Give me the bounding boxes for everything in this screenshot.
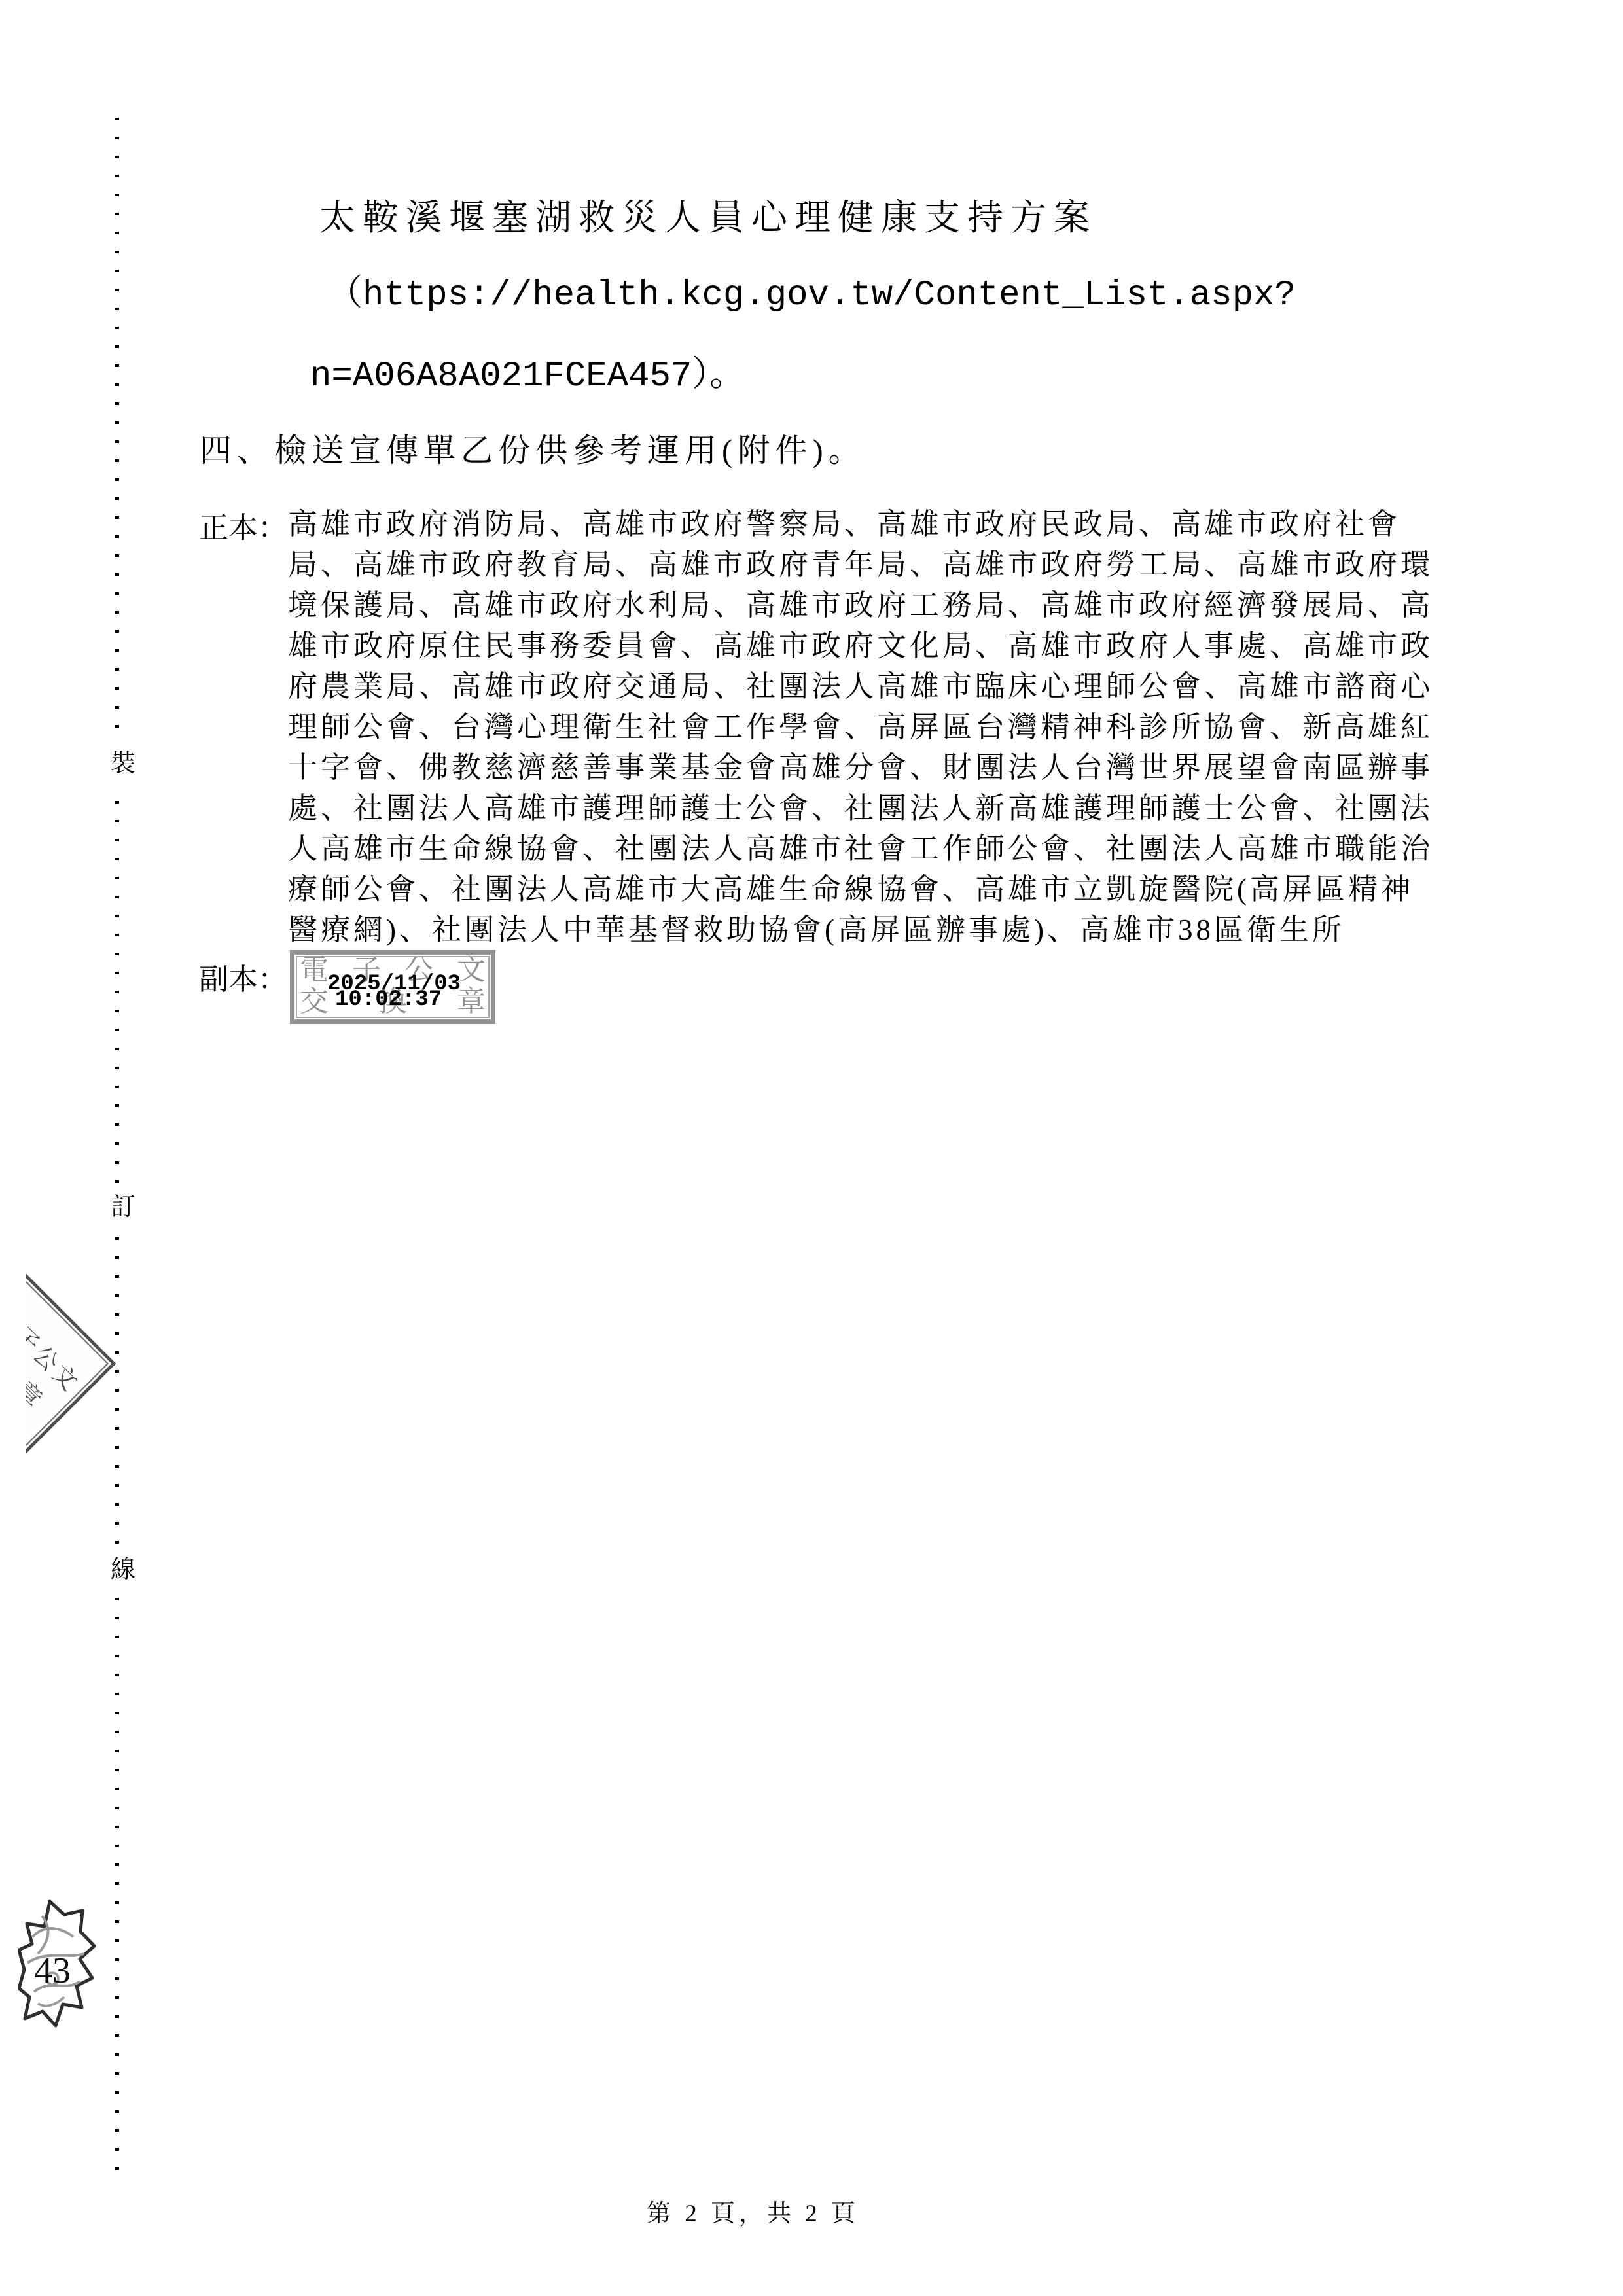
star-seal-graphic: 43 — [18, 1899, 99, 2038]
plan-title: 太鞍溪堰塞湖救災人員心理健康支持方案 — [319, 188, 1097, 240]
recipients-label: 正本： — [199, 504, 287, 546]
recipients-line: 人高雄市生命線協會、社團法人高雄市社會工作師公會、社團法人高雄市職能治 — [288, 828, 1440, 869]
recipients-line: 高雄市政府消防局、高雄市政府警察局、高雄市政府民政局、高雄市政府社會 — [288, 504, 1440, 544]
binding-char-zhuang: 裝 — [103, 742, 143, 785]
recipients-line: 十字會、佛教慈濟慈善事業基金會高雄分會、財團法人台灣世界展望會南區辦事 — [288, 747, 1440, 788]
binding-dotted-line — [115, 118, 119, 2183]
plan-url-line1: （https://health.kcg.gov.tw/Content_List.… — [327, 264, 1296, 315]
recipients-list: 高雄市政府消防局、高雄市政府警察局、高雄市政府民政局、高雄市政府社會 局、高雄市… — [288, 504, 1440, 950]
page-seal-number: 43 — [34, 1951, 71, 1991]
stamp-char: 交 — [300, 987, 329, 1016]
stamp-char: 電 — [300, 956, 329, 985]
binding-char-xian: 線 — [103, 1548, 143, 1591]
recipients-line: 雄市政府原住民事務委員會、高雄市政府文化局、高雄市政府人事處、高雄市政 — [288, 626, 1440, 666]
electronic-exchange-stamp: 電 子 公 文 交 換 章 2025/11/03 10:02:37 — [290, 950, 495, 1024]
recipients-line: 療師公會、社團法人高雄市大高雄生命線協會、高雄市立凱旋醫院(高屏區精神 — [288, 869, 1440, 910]
plan-url-line2: n=A06A8A021FCEA457）。 — [310, 345, 745, 397]
side-stamp-border: 電子公文 交換章 — [26, 1271, 116, 1457]
cc-label: 副本： — [199, 955, 287, 998]
exchange-stamp-time: 10:02:37 — [335, 987, 442, 1012]
recipients-line: 局、高雄市政府教育局、高雄市政府青年局、高雄市政府勞工局、高雄市政府環 — [288, 544, 1440, 585]
page-seal: 43 — [18, 1899, 99, 2041]
side-exchange-stamp: 電子公文 交換章 — [26, 1269, 118, 1459]
recipients-line: 醫療網)、社團法人中華基督救助協會(高屏區辦事處)、高雄市38區衛生所 — [288, 910, 1440, 950]
recipients-line: 處、社團法人高雄市護理師護士公會、社團法人新高雄護理師護士公會、社團法 — [288, 788, 1440, 828]
stamp-char: 文 — [457, 956, 486, 985]
recipients-line: 理師公會、台灣心理衛生社會工作學會、高屏區台灣精神科診所協會、新高雄紅 — [288, 707, 1440, 747]
document-page: 裝 訂 線 太鞍溪堰塞湖救災人員心理健康支持方案 （https://health… — [0, 0, 1623, 2296]
side-stamp-text: 電子公文 交換章 — [26, 1279, 109, 1449]
binding-char-ding: 訂 — [103, 1186, 143, 1229]
recipients-line: 府農業局、高雄市政府交通局、社團法人高雄市臨床心理師公會、高雄市諮商心 — [288, 666, 1440, 707]
item4-text: 四、檢送宣傳單乙份供參考運用(附件)。 — [200, 425, 866, 471]
page-footer: 第 2 頁，共 2 頁 — [647, 2193, 859, 2229]
recipients-line: 境保護局、高雄市政府水利局、高雄市政府工務局、高雄市政府經濟發展局、高 — [288, 585, 1440, 626]
stamp-char: 章 — [457, 987, 486, 1016]
